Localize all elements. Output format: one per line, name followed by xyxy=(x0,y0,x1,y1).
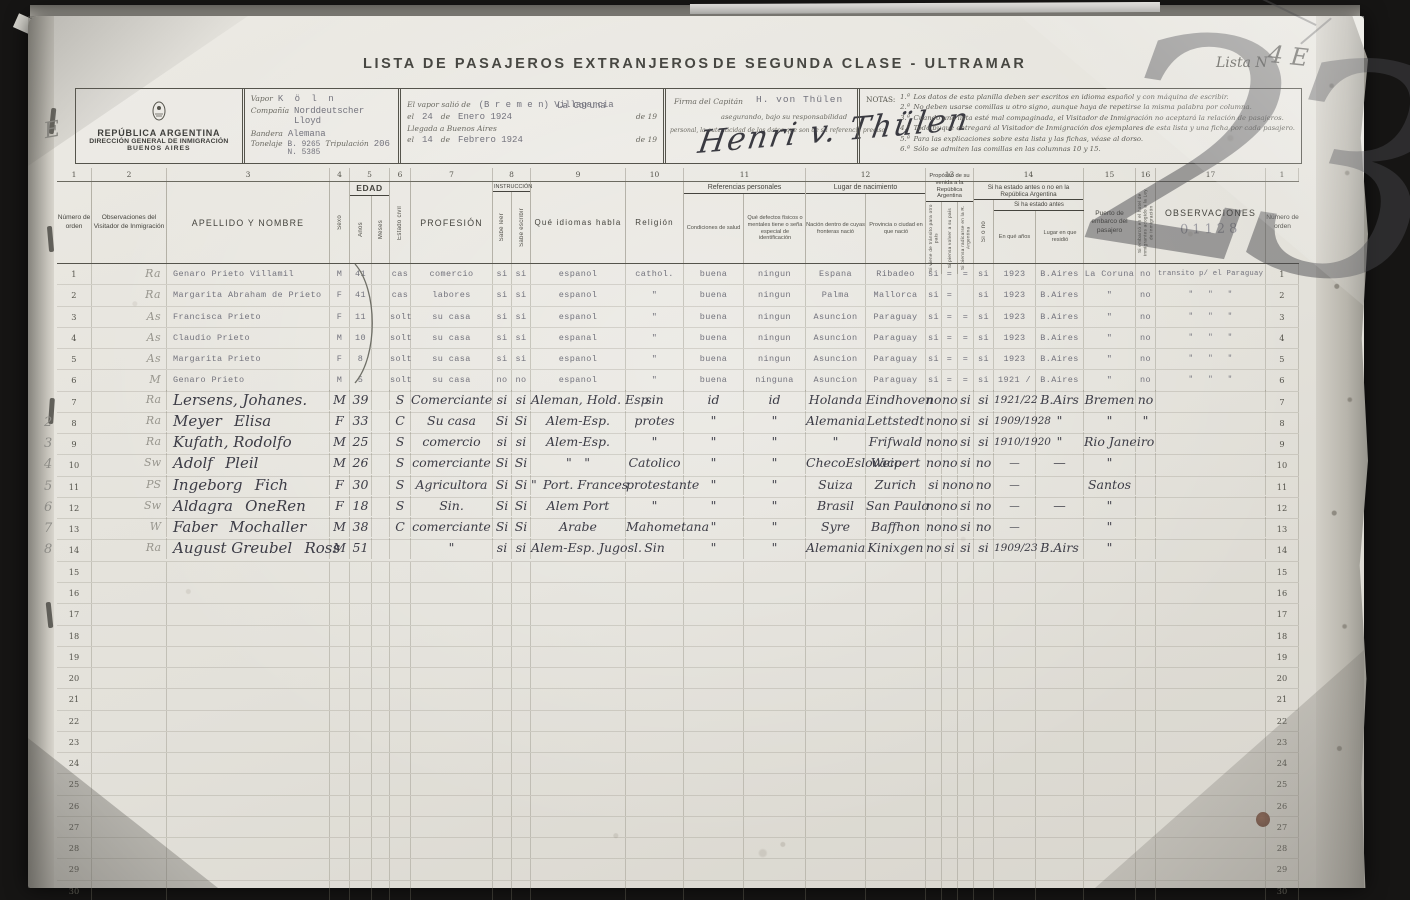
table-cell: si xyxy=(493,307,512,327)
table-cell: M xyxy=(330,390,350,410)
table-cell xyxy=(372,689,390,709)
table-cell: espanal xyxy=(531,328,626,348)
table-cell: si xyxy=(974,349,994,369)
table-cell xyxy=(942,583,958,603)
table-row: 2222 xyxy=(57,711,1299,732)
form-header-boxes: REPÚBLICA ARGENTINA DIRECCIÓN GENERAL DE… xyxy=(75,88,1302,164)
table-cell xyxy=(372,859,390,879)
table-cell xyxy=(866,796,926,816)
table-cell xyxy=(372,538,390,558)
table-cell: no xyxy=(1136,285,1156,305)
table-row: 2727 xyxy=(57,817,1299,838)
table-cell xyxy=(866,881,926,900)
table-cell: Si xyxy=(493,411,512,431)
table-row: 39RaKufath, RodolfoM25ScomerciosisiAlem-… xyxy=(57,434,1299,455)
table-cell xyxy=(330,668,350,688)
table-cell: 14 xyxy=(57,540,92,560)
table-cell: id xyxy=(744,390,806,410)
table-cell xyxy=(512,859,531,879)
table-cell xyxy=(866,838,926,858)
table-cell: no xyxy=(974,475,994,495)
table-cell xyxy=(994,562,1036,582)
table-cell: F xyxy=(330,349,350,369)
tripulacion-value: 206 xyxy=(374,139,390,149)
table-cell: Agricultora xyxy=(411,475,493,495)
table-cell xyxy=(684,838,744,858)
table-cell xyxy=(744,774,806,794)
table-cell xyxy=(1084,753,1136,773)
table-cell: As xyxy=(92,349,167,369)
table-cell: si xyxy=(974,390,994,410)
table-cell: " xyxy=(626,285,684,305)
table-cell xyxy=(411,859,493,879)
salio-handtyped-port: La Coruna xyxy=(557,101,606,111)
table-cell: no xyxy=(1136,370,1156,390)
table-cell: no xyxy=(942,496,958,516)
table-cell: si xyxy=(512,538,531,558)
table-cell xyxy=(684,753,744,773)
table-cell xyxy=(744,859,806,879)
table-cell xyxy=(626,562,684,582)
table-cell xyxy=(390,732,411,752)
table-cell xyxy=(92,604,167,624)
table-cell xyxy=(1156,538,1266,558)
llegada-dia: 14 xyxy=(422,135,433,145)
table-row: 1717 xyxy=(57,604,1299,625)
table-cell xyxy=(942,647,958,667)
table-cell: Lersens, Johanes. xyxy=(167,390,330,410)
table-cell: 1923 xyxy=(994,264,1036,284)
table-cell xyxy=(926,689,942,709)
issuing-authority-box: REPÚBLICA ARGENTINA DIRECCIÓN GENERAL DE… xyxy=(76,89,242,163)
table-cell xyxy=(512,647,531,667)
table-cell: 2 xyxy=(57,285,92,305)
table-cell xyxy=(958,881,974,900)
table-cell xyxy=(512,796,531,816)
table-cell: 39 xyxy=(350,390,372,410)
table-cell xyxy=(926,796,942,816)
table-cell xyxy=(1156,432,1266,452)
col-proposito2-header: Si piensa volver a su país xyxy=(947,208,953,268)
table-cell xyxy=(350,732,372,752)
table-cell xyxy=(994,732,1036,752)
table-cell: 13 xyxy=(1266,519,1299,539)
table-cell: si xyxy=(926,349,942,369)
table-cell: " xyxy=(1084,307,1136,327)
table-cell xyxy=(942,753,958,773)
table-cell: C xyxy=(390,517,411,537)
table-cell xyxy=(974,711,994,731)
table-cell: " xyxy=(684,432,744,452)
table-cell: 1923 xyxy=(994,328,1036,348)
table-cell xyxy=(994,753,1036,773)
table-cell: " xyxy=(744,517,806,537)
table-cell xyxy=(390,796,411,816)
table-cell xyxy=(493,626,512,646)
col-anos2-header: En qué años xyxy=(999,234,1030,241)
table-cell xyxy=(350,583,372,603)
table-body: 1RaGenaro Prieto VillamilM41cascomercios… xyxy=(57,264,1299,900)
table-cell xyxy=(390,626,411,646)
table-cell: 1 xyxy=(57,264,92,284)
table-cell xyxy=(531,647,626,667)
ship-info-box: VaporK ö l n CompañíaNorddeutscher Lloyd… xyxy=(242,89,398,163)
table-cell: ningun xyxy=(744,328,806,348)
table-cell: no xyxy=(974,496,994,516)
table-cell xyxy=(512,583,531,603)
table-cell xyxy=(411,647,493,667)
table-cell: " xyxy=(1084,411,1136,431)
table-cell xyxy=(744,604,806,624)
table-cell xyxy=(372,432,390,452)
table-cell xyxy=(1036,647,1084,667)
table-cell xyxy=(684,604,744,624)
table-cell xyxy=(806,817,866,837)
table-cell: labores xyxy=(411,285,493,305)
table-cell xyxy=(350,689,372,709)
table-cell: " xyxy=(684,496,744,516)
table-cell: 21 xyxy=(1266,689,1299,709)
table-cell xyxy=(350,881,372,900)
table-cell xyxy=(531,817,626,837)
column-number: 8 xyxy=(493,168,531,181)
table-cell: " xyxy=(626,307,684,327)
table-cell xyxy=(866,774,926,794)
table-cell: 4 xyxy=(57,328,92,348)
table-cell xyxy=(1136,432,1156,452)
table-cell xyxy=(926,817,942,837)
table-cell xyxy=(531,562,626,582)
table-cell: B.Aires xyxy=(1036,307,1084,327)
table-cell: no xyxy=(1136,307,1156,327)
table-cell: Si xyxy=(512,496,531,516)
table-cell xyxy=(1036,774,1084,794)
table-row: 612SwAldagra OneRenF18SSin.SiSiAlem Port… xyxy=(57,498,1299,519)
table-cell xyxy=(493,647,512,667)
salio-label: El vapor salió de xyxy=(407,100,471,109)
table-cell: si xyxy=(974,307,994,327)
table-cell xyxy=(626,732,684,752)
table-cell xyxy=(866,859,926,879)
table-cell xyxy=(1036,604,1084,624)
table-cell xyxy=(1156,604,1266,624)
table-cell xyxy=(744,562,806,582)
table-cell: B.Airs xyxy=(1036,390,1084,410)
table-cell xyxy=(974,604,994,624)
table-cell: 1923 xyxy=(994,285,1036,305)
table-cell xyxy=(744,732,806,752)
table-cell xyxy=(512,668,531,688)
table-cell: " " " xyxy=(1156,307,1266,327)
table-cell xyxy=(92,774,167,794)
table-cell xyxy=(958,647,974,667)
table-cell xyxy=(1156,583,1266,603)
llegada-label: Llegada a Buenos Aires xyxy=(407,124,497,133)
table-cell: 16 xyxy=(1266,583,1299,603)
table-cell xyxy=(974,668,994,688)
table-cell: buena xyxy=(684,285,744,305)
tripulacion-label: Tripulación xyxy=(325,139,368,148)
table-cell xyxy=(744,838,806,858)
table-cell: 23 xyxy=(57,732,92,752)
table-cell: 1 xyxy=(1266,264,1299,284)
table-cell: 6 xyxy=(57,370,92,390)
table-cell: 1923 xyxy=(994,349,1036,369)
table-cell xyxy=(493,583,512,603)
table-row: 28RaMeyer ElisaF33CSu casaSiSiAlem-Esp.p… xyxy=(57,413,1299,434)
table-cell xyxy=(744,796,806,816)
table-cell: Paraguay xyxy=(866,307,926,327)
table-cell: = xyxy=(958,264,974,284)
edad-group-header: EDAD xyxy=(350,182,389,196)
captain-box: Firma del Capitán H. von Thülen aseguran… xyxy=(663,89,857,163)
table-cell: ningun xyxy=(744,349,806,369)
table-cell: Si xyxy=(512,517,531,537)
table-cell xyxy=(531,583,626,603)
table-cell xyxy=(350,859,372,879)
table-cell: 22 xyxy=(57,711,92,731)
table-cell xyxy=(167,753,330,773)
table-cell: " xyxy=(411,538,493,558)
table-cell xyxy=(372,604,390,624)
table-cell xyxy=(994,859,1036,879)
registry-stamp-number: 01128 xyxy=(1180,221,1242,237)
table-cell: Paraguay xyxy=(866,370,926,390)
col-puerto-header: Puerto de embarco del pasajero xyxy=(1084,210,1135,235)
table-cell xyxy=(167,859,330,879)
table-cell xyxy=(806,647,866,667)
table-cell: su casa xyxy=(411,328,493,348)
table-cell xyxy=(493,753,512,773)
table-cell: 18 xyxy=(1266,626,1299,646)
table-cell: August Greubel Ross xyxy=(167,538,330,558)
table-cell: " " " xyxy=(1156,285,1266,305)
table-cell: si xyxy=(958,453,974,473)
table-cell: si xyxy=(926,328,942,348)
table-cell xyxy=(92,689,167,709)
table-cell: no xyxy=(942,517,958,537)
table-cell xyxy=(411,626,493,646)
table-cell: no xyxy=(1136,264,1156,284)
compania-value: Norddeutscher Lloyd xyxy=(294,106,392,126)
org-dept: DIRECCIÓN GENERAL DE INMIGRACIÓN xyxy=(89,138,228,145)
table-cell xyxy=(926,711,942,731)
table-cell: " xyxy=(1084,349,1136,369)
table-cell xyxy=(350,838,372,858)
table-cell: Alem-Esp. xyxy=(531,411,626,431)
salio-mes: Enero 1924 xyxy=(458,112,512,122)
table-cell xyxy=(350,604,372,624)
table-cell xyxy=(974,583,994,603)
scanned-document-photo: LISTA DE PASAJEROS EXTRANJEROS DE SEGUND… xyxy=(0,0,1410,900)
table-cell xyxy=(926,583,942,603)
table-cell: " xyxy=(684,475,744,495)
table-cell xyxy=(92,647,167,667)
table-cell xyxy=(493,604,512,624)
table-cell xyxy=(1136,475,1156,495)
table-cell: 27 xyxy=(1266,817,1299,837)
table-cell: " xyxy=(626,349,684,369)
table-cell xyxy=(1136,496,1156,516)
table-cell: no xyxy=(1136,390,1156,410)
table-cell xyxy=(167,689,330,709)
margin-pencil-number: 5 xyxy=(44,478,52,496)
table-cell xyxy=(958,604,974,624)
table-cell: 21 xyxy=(57,689,92,709)
table-cell: su casa xyxy=(411,370,493,390)
bandera-value: Alemana xyxy=(288,129,326,139)
table-cell xyxy=(958,668,974,688)
col-name-header: APELLIDO Y NOMBRE xyxy=(192,218,304,228)
table-cell xyxy=(330,626,350,646)
table-cell xyxy=(512,626,531,646)
table-cell xyxy=(493,562,512,582)
table-cell xyxy=(1084,604,1136,624)
table-cell: M xyxy=(330,538,350,558)
table-cell xyxy=(684,881,744,900)
table-cell: " xyxy=(744,432,806,452)
table-cell: 17 xyxy=(1266,604,1299,624)
table-cell: " xyxy=(1084,285,1136,305)
table-cell: no xyxy=(926,390,942,410)
table-cell: Espana xyxy=(806,264,866,284)
firma-capitan-label: Firma del Capitán xyxy=(674,97,743,106)
table-cell: Su casa xyxy=(411,411,493,431)
table-cell xyxy=(806,859,866,879)
table-cell: " " xyxy=(531,453,626,473)
table-cell xyxy=(411,732,493,752)
table-cell: si xyxy=(958,411,974,431)
table-cell xyxy=(531,626,626,646)
table-cell xyxy=(942,817,958,837)
table-cell xyxy=(372,711,390,731)
table-cell: Si xyxy=(512,411,531,431)
table-cell xyxy=(926,647,942,667)
table-cell xyxy=(330,881,350,900)
table-cell xyxy=(512,838,531,858)
table-cell: Genaro Prieto Villamil xyxy=(167,264,330,284)
table-cell xyxy=(866,626,926,646)
table-cell xyxy=(372,881,390,900)
table-cell: protestante xyxy=(626,475,684,495)
table-cell xyxy=(1136,796,1156,816)
table-row: 2828 xyxy=(57,838,1299,859)
table-cell xyxy=(1136,538,1156,558)
table-cell: si xyxy=(512,390,531,410)
table-cell: no xyxy=(974,517,994,537)
col-hotel-header: Si embarcó en el hotel de inmigrantes ac… xyxy=(1137,187,1154,259)
table-cell xyxy=(1156,626,1266,646)
table-cell xyxy=(994,817,1036,837)
table-cell: Si xyxy=(493,496,512,516)
table-cell: 23 xyxy=(1266,732,1299,752)
table-cell xyxy=(1136,453,1156,473)
table-cell: 3 xyxy=(57,307,92,327)
table-cell xyxy=(92,583,167,603)
table-cell xyxy=(942,626,958,646)
table-cell xyxy=(1156,881,1266,900)
table-cell: " xyxy=(744,496,806,516)
table-cell xyxy=(1136,583,1156,603)
table-cell: 1923 xyxy=(994,307,1036,327)
table-cell xyxy=(1156,859,1266,879)
table-cell xyxy=(744,689,806,709)
table-cell: Asuncion xyxy=(806,349,866,369)
tonelaje-label: Tonelaje xyxy=(251,139,283,148)
table-cell: 38 xyxy=(350,517,372,537)
vapor-value: K ö l n xyxy=(278,94,337,104)
table-cell: Kufath, Rodolfo xyxy=(167,432,330,452)
table-cell xyxy=(974,838,994,858)
table-cell: 19 xyxy=(57,647,92,667)
table-cell: " xyxy=(684,453,744,473)
table-cell xyxy=(684,711,744,731)
table-cell xyxy=(1156,647,1266,667)
table-cell xyxy=(350,753,372,773)
table-cell xyxy=(974,859,994,879)
argentina-coat-of-arms-icon xyxy=(151,101,167,126)
table-cell: F xyxy=(330,475,350,495)
table-cell: — xyxy=(994,517,1036,537)
table-cell xyxy=(1084,583,1136,603)
col-lugar2-header: Lugar en que residió xyxy=(1036,230,1084,243)
table-cell xyxy=(330,859,350,879)
table-cell: Palma xyxy=(806,285,866,305)
table-cell: 25 xyxy=(350,432,372,452)
table-cell: 22 xyxy=(1266,711,1299,731)
table-cell xyxy=(1036,859,1084,879)
table-cell: Francisca Prieto xyxy=(167,307,330,327)
table-cell: Claudio Prieto xyxy=(167,328,330,348)
table-cell: 18 xyxy=(350,496,372,516)
table-cell xyxy=(390,583,411,603)
table-cell: si xyxy=(958,496,974,516)
table-cell xyxy=(372,562,390,582)
table-cell: C xyxy=(390,411,411,431)
table-cell xyxy=(167,796,330,816)
table-cell xyxy=(942,796,958,816)
table-cell: si xyxy=(512,285,531,305)
table-cell xyxy=(626,817,684,837)
table-cell: no xyxy=(942,390,958,410)
table-cell xyxy=(806,838,866,858)
table-cell: no xyxy=(926,411,942,431)
table-cell xyxy=(512,711,531,731)
table-cell: B.Aires xyxy=(1036,264,1084,284)
table-cell: " " " xyxy=(1156,328,1266,348)
table-cell: Ra xyxy=(92,264,167,284)
table-cell: 1921/22 xyxy=(994,390,1036,410)
table-cell: " xyxy=(684,538,744,558)
table-cell: = xyxy=(942,307,958,327)
table-cell: no xyxy=(942,411,958,431)
table-cell: protes xyxy=(626,411,684,431)
table-cell: si xyxy=(493,349,512,369)
table-cell: Kinixgen xyxy=(866,538,926,558)
table-cell xyxy=(958,753,974,773)
column-number: 1 xyxy=(1266,168,1299,181)
proposito-group-header: Propósito de su venida a la República Ar… xyxy=(926,171,973,202)
table-cell xyxy=(1036,517,1084,537)
table-cell: ningun xyxy=(744,285,806,305)
table-cell: 5 xyxy=(1266,349,1299,369)
table-cell xyxy=(493,711,512,731)
table-cell xyxy=(92,711,167,731)
table-cell xyxy=(626,583,684,603)
table-cell: = xyxy=(942,370,958,390)
column-number: 14 xyxy=(974,168,1084,181)
table-cell: 19 xyxy=(1266,647,1299,667)
